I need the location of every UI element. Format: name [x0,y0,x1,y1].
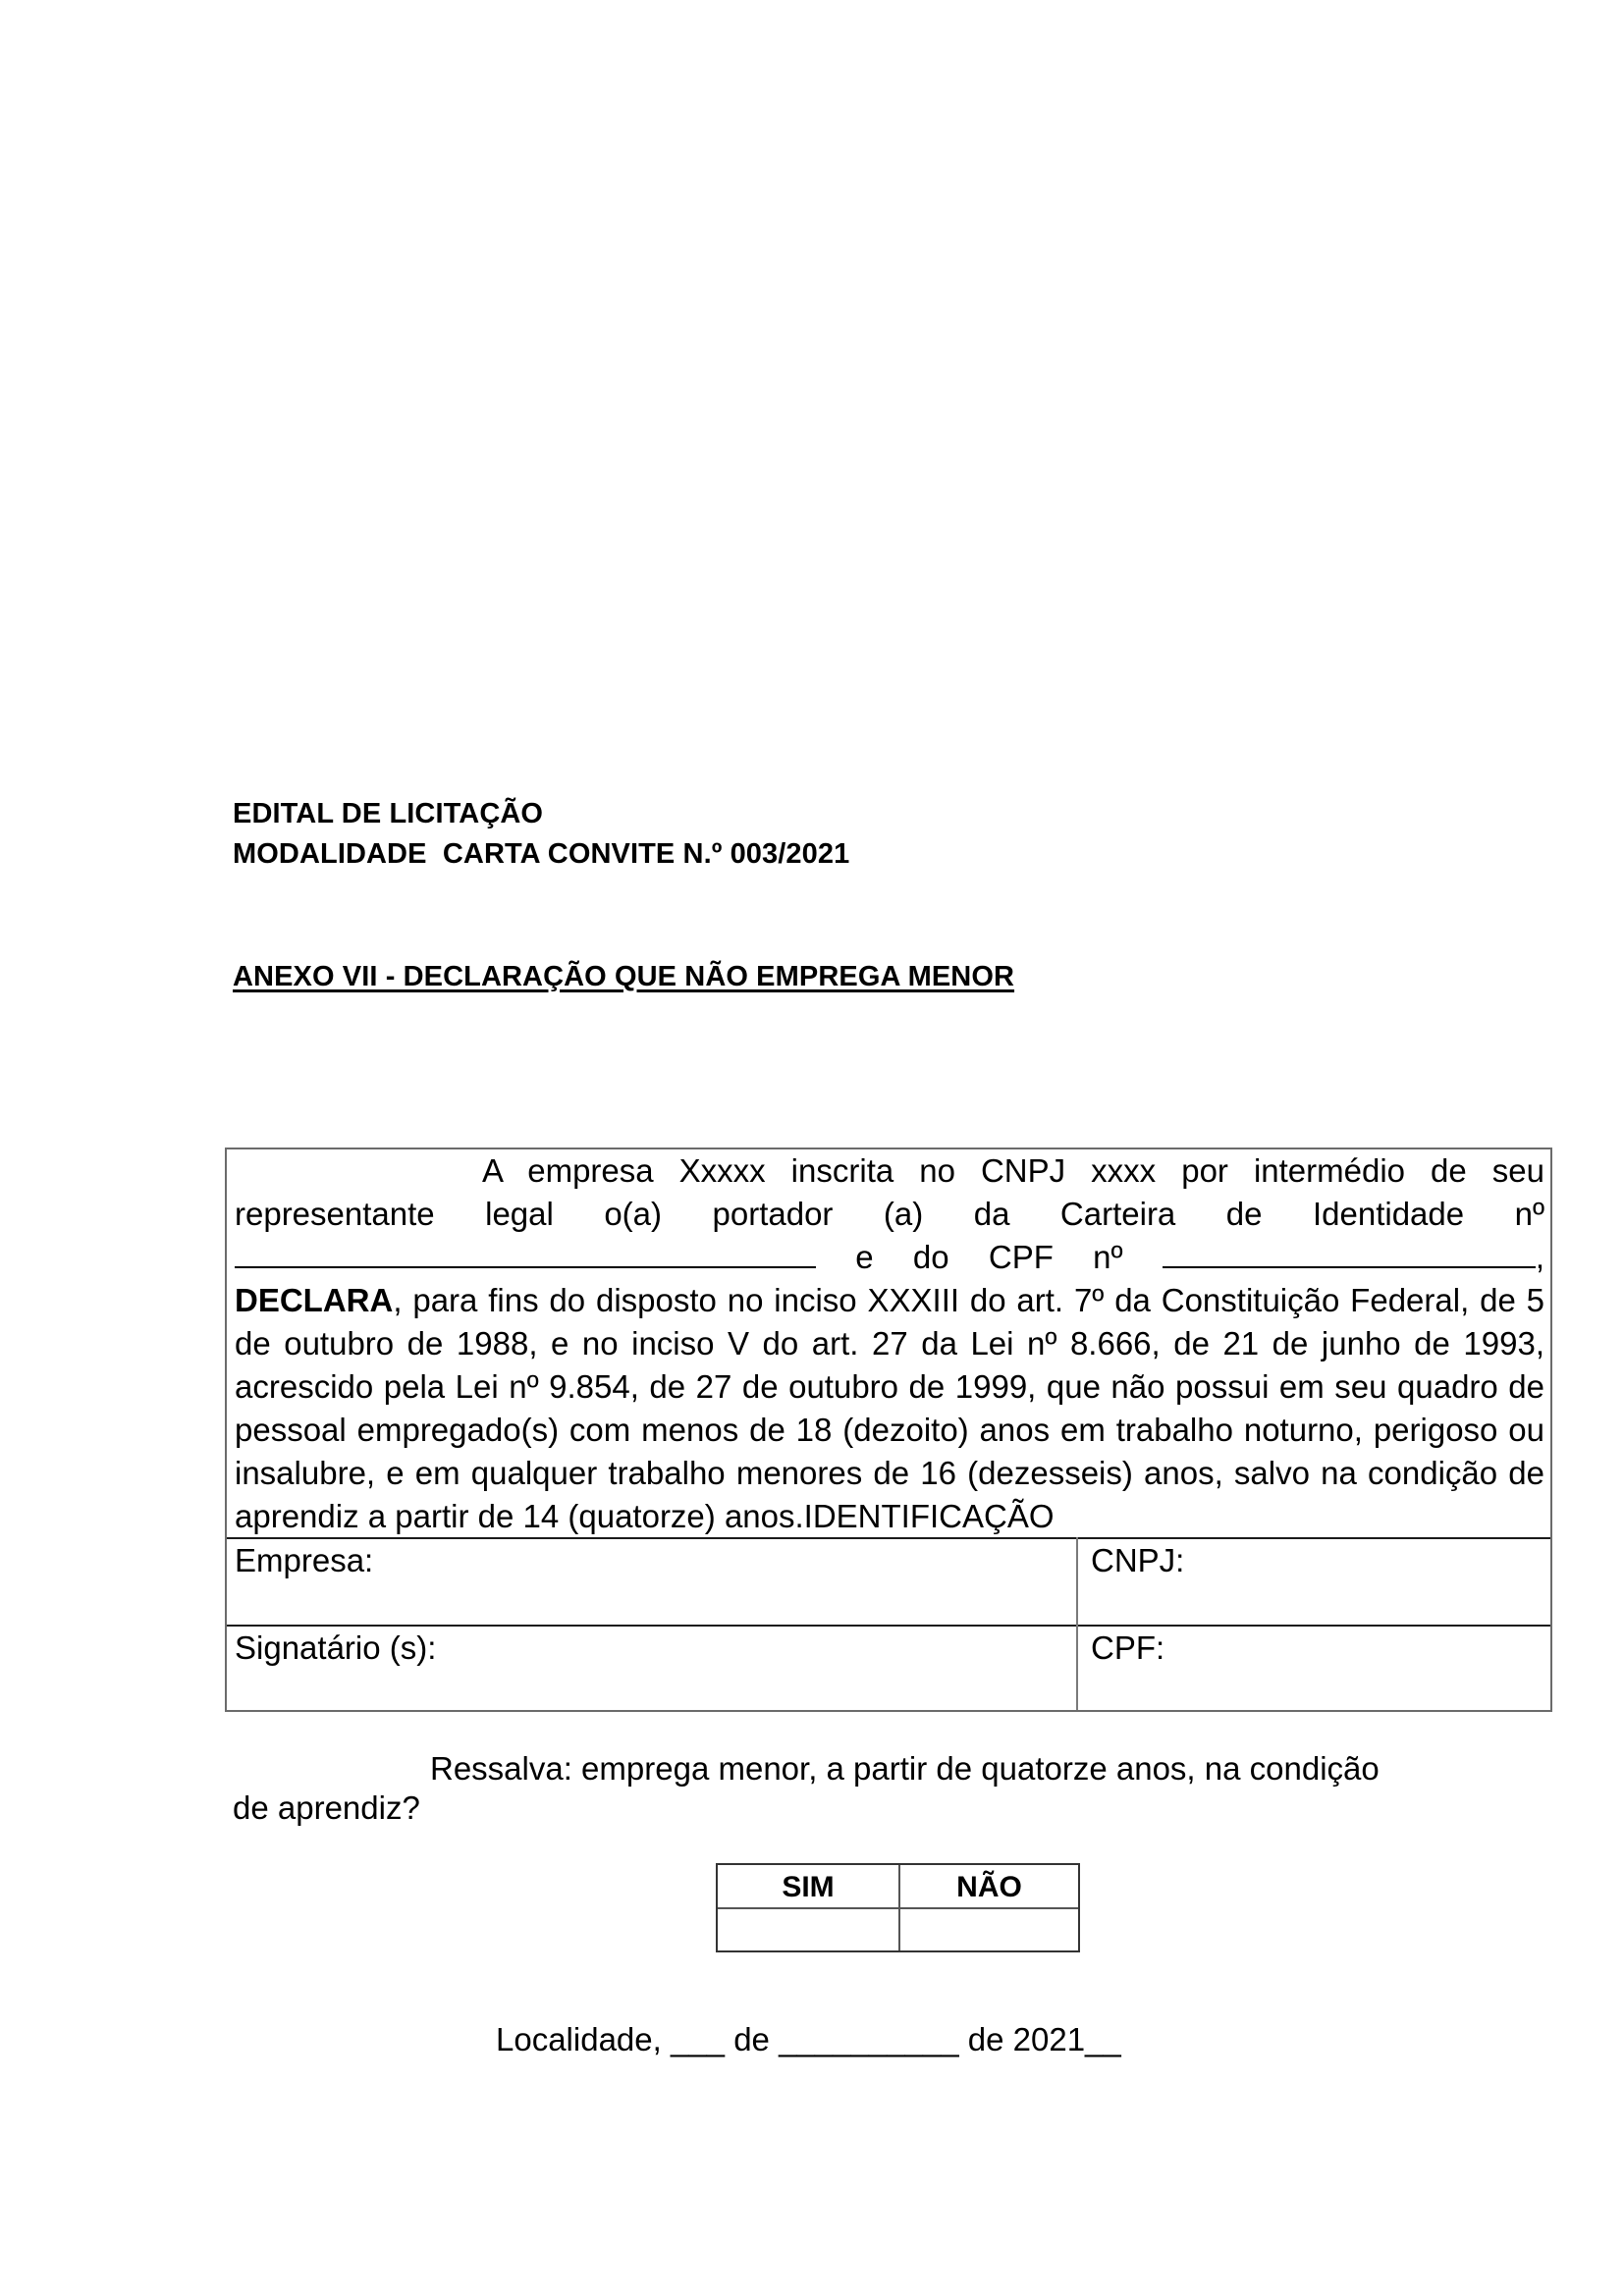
sim-nao-table: SIM NÃO [716,1863,1080,1952]
ressalva-question: Ressalva: emprega menor, a partir de qua… [430,1749,1380,1789]
declaration-line: de outubro de 1988, e no inciso V do art… [235,1322,1544,1365]
sim-header: SIM [718,1868,898,1907]
identity-number-blank[interactable] [235,1237,816,1268]
declaration-paragraph: A empresa Xxxxx inscrita no CNPJ xxxx po… [235,1149,1544,1538]
declaration-line-text: , [1536,1239,1544,1275]
declaration-line-text: , para fins do disposto no inciso XXXIII… [393,1282,1544,1318]
declaration-line: insalubre, e em qualquer trabalho menore… [235,1452,1544,1495]
ressalva-question-continued: de aprendiz? [233,1789,420,1828]
edital-heading: EDITAL DE LICITAÇÃO [233,794,543,834]
declaration-line: DECLARA, para fins do disposto no inciso… [235,1279,1544,1322]
table-divider [227,1537,1550,1539]
declaration-line: representante legal o(a) portador (a) da… [235,1193,1544,1236]
signatario-label: Signatário (s): [235,1629,436,1666]
declaration-table: A empresa Xxxxx inscrita no CNPJ xxxx po… [225,1148,1552,1712]
empresa-field[interactable]: Empresa: [235,1541,373,1580]
cpf-field[interactable]: CPF: [1091,1629,1164,1668]
localidade-date-line[interactable]: Localidade, ___ de __________ de 2021__ [496,2020,1121,2059]
sim-checkbox-cell[interactable] [718,1909,898,1950]
signatario-field[interactable]: Signatário (s): [235,1629,436,1668]
declaration-line-text: e do CPF nº [855,1239,1122,1275]
empresa-label: Empresa: [235,1542,373,1578]
cpf-label: CPF: [1091,1629,1164,1666]
annex-title: ANEXO VII - DECLARAÇÃO QUE NÃO EMPREGA M… [233,957,1014,997]
table-divider [227,1625,1550,1627]
cnpj-field[interactable]: CNPJ: [1091,1541,1184,1580]
modalidade-heading: MODALIDADE CARTA CONVITE N.º 003/2021 [233,834,849,875]
nao-checkbox-cell[interactable] [900,1909,1078,1950]
declaration-line: e do CPF nº , [235,1236,1544,1279]
nao-header: NÃO [900,1868,1078,1907]
declaration-line: aprendiz a partir de 14 (quatorze) anos.… [235,1495,1544,1538]
cnpj-label: CNPJ: [1091,1542,1184,1578]
declaration-line: acrescido pela Lei nº 9.854, de 27 de ou… [235,1365,1544,1409]
declaration-line: pessoal empregado(s) com menos de 18 (de… [235,1409,1544,1452]
table-column-divider [1076,1537,1078,1710]
declara-keyword: DECLARA [235,1282,393,1318]
declaration-line: A empresa Xxxxx inscrita no CNPJ xxxx po… [235,1149,1544,1193]
cpf-number-blank[interactable] [1163,1237,1536,1268]
declaration-line-text: A empresa Xxxxx inscrita no CNPJ xxxx po… [482,1152,1544,1189]
